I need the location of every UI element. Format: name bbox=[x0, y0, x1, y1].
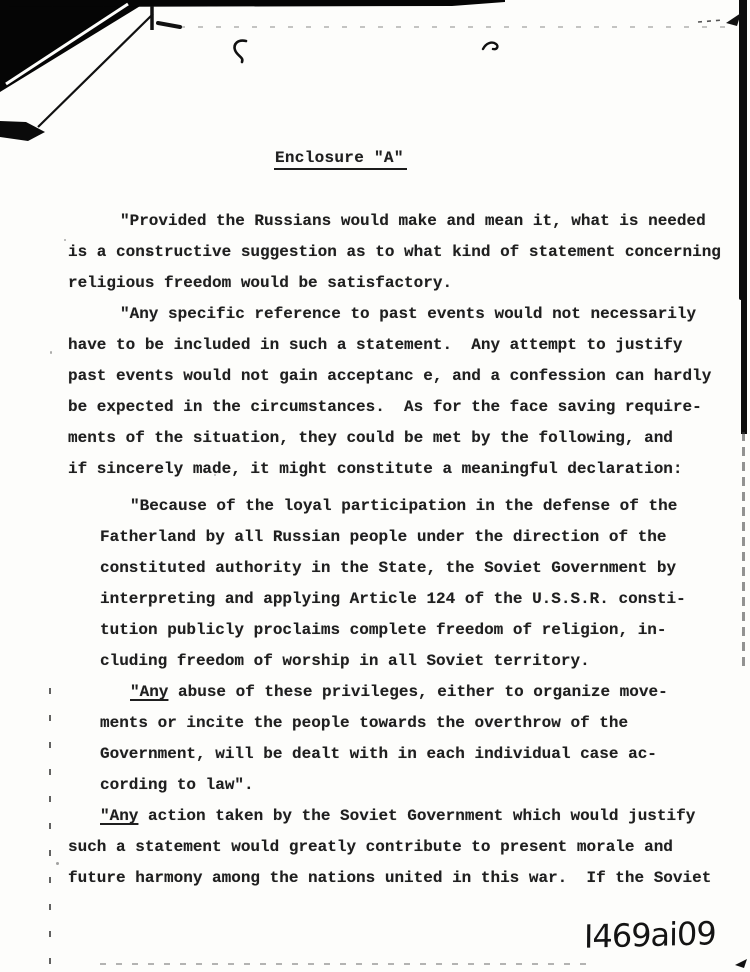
body-line: is a constructive suggestion as to what … bbox=[68, 237, 738, 268]
scan-speck bbox=[56, 862, 59, 865]
top-right-dashes bbox=[698, 20, 723, 22]
scan-speck bbox=[64, 239, 66, 241]
body-line: "Provided the Russians would make and me… bbox=[68, 206, 738, 237]
body-line: "Any action taken by the Soviet Governme… bbox=[68, 801, 738, 832]
scan-right-edge-artifact bbox=[739, 0, 747, 300]
pen-squiggle-mark bbox=[483, 43, 497, 50]
scan-dashed-line-left bbox=[49, 688, 51, 964]
body-line: "Any specific reference to past events w… bbox=[68, 299, 738, 330]
line-rest: abuse of these privileges, either to org… bbox=[168, 683, 667, 701]
body-line: if sincerely made, it might constitute a… bbox=[68, 454, 738, 485]
scan-right-edge-fade-artifact bbox=[742, 432, 745, 672]
body-line: such a statement would greatly contribut… bbox=[68, 832, 738, 863]
body-line: have to be included in such a statement.… bbox=[68, 330, 738, 361]
line-rest: action taken by the Soviet Government wh… bbox=[138, 807, 695, 825]
page-title: Enclosure "A" bbox=[274, 149, 407, 170]
body-line: constituted authority in the State, the … bbox=[68, 553, 738, 584]
underlined-word: "Any bbox=[100, 807, 138, 825]
handwritten-annotation: I469ai09 bbox=[584, 914, 716, 955]
scan-dotted-line-bottom bbox=[100, 963, 595, 965]
top-dash-mark bbox=[158, 23, 180, 27]
document-body: "Provided the Russians would make and me… bbox=[68, 206, 738, 894]
body-line: Fatherland by all Russian people under t… bbox=[68, 522, 738, 553]
crease-end-blob bbox=[0, 121, 45, 141]
body-line: future harmony among the nations united … bbox=[68, 863, 738, 894]
body-line: be expected in the circumstances. As for… bbox=[68, 392, 738, 423]
scan-right-edge-artifact bbox=[741, 296, 747, 434]
scan-dotted-line-top bbox=[180, 26, 732, 28]
pen-curl-mark bbox=[235, 41, 246, 62]
underlined-word: "Any bbox=[130, 683, 168, 701]
body-line: "Any abuse of these privileges, either t… bbox=[68, 677, 738, 708]
scan-corner-fold-artifact bbox=[0, 0, 152, 94]
body-line: cluding freedom of worship in all Soviet… bbox=[68, 646, 738, 677]
scanned-document-page: Enclosure "A" "Provided the Russians wou… bbox=[0, 0, 750, 972]
body-line: tution publicly proclaims complete freed… bbox=[68, 615, 738, 646]
scan-top-edge-artifact bbox=[0, 0, 505, 7]
body-line: past events would not gain acceptanc e, … bbox=[68, 361, 738, 392]
body-line: ments or incite the people towards the o… bbox=[68, 708, 738, 739]
body-line: cording to law". bbox=[68, 770, 738, 801]
body-line: Government, will be dealt with in each i… bbox=[68, 739, 738, 770]
body-line: interpreting and applying Article 124 of… bbox=[68, 584, 738, 615]
body-line: religious freedom would be satisfactory. bbox=[68, 268, 738, 299]
body-line: "Because of the loyal participation in t… bbox=[68, 491, 738, 522]
scan-speck bbox=[50, 351, 52, 354]
bottom-right-mark bbox=[735, 959, 747, 968]
body-line: ments of the situation, they could be me… bbox=[68, 423, 738, 454]
